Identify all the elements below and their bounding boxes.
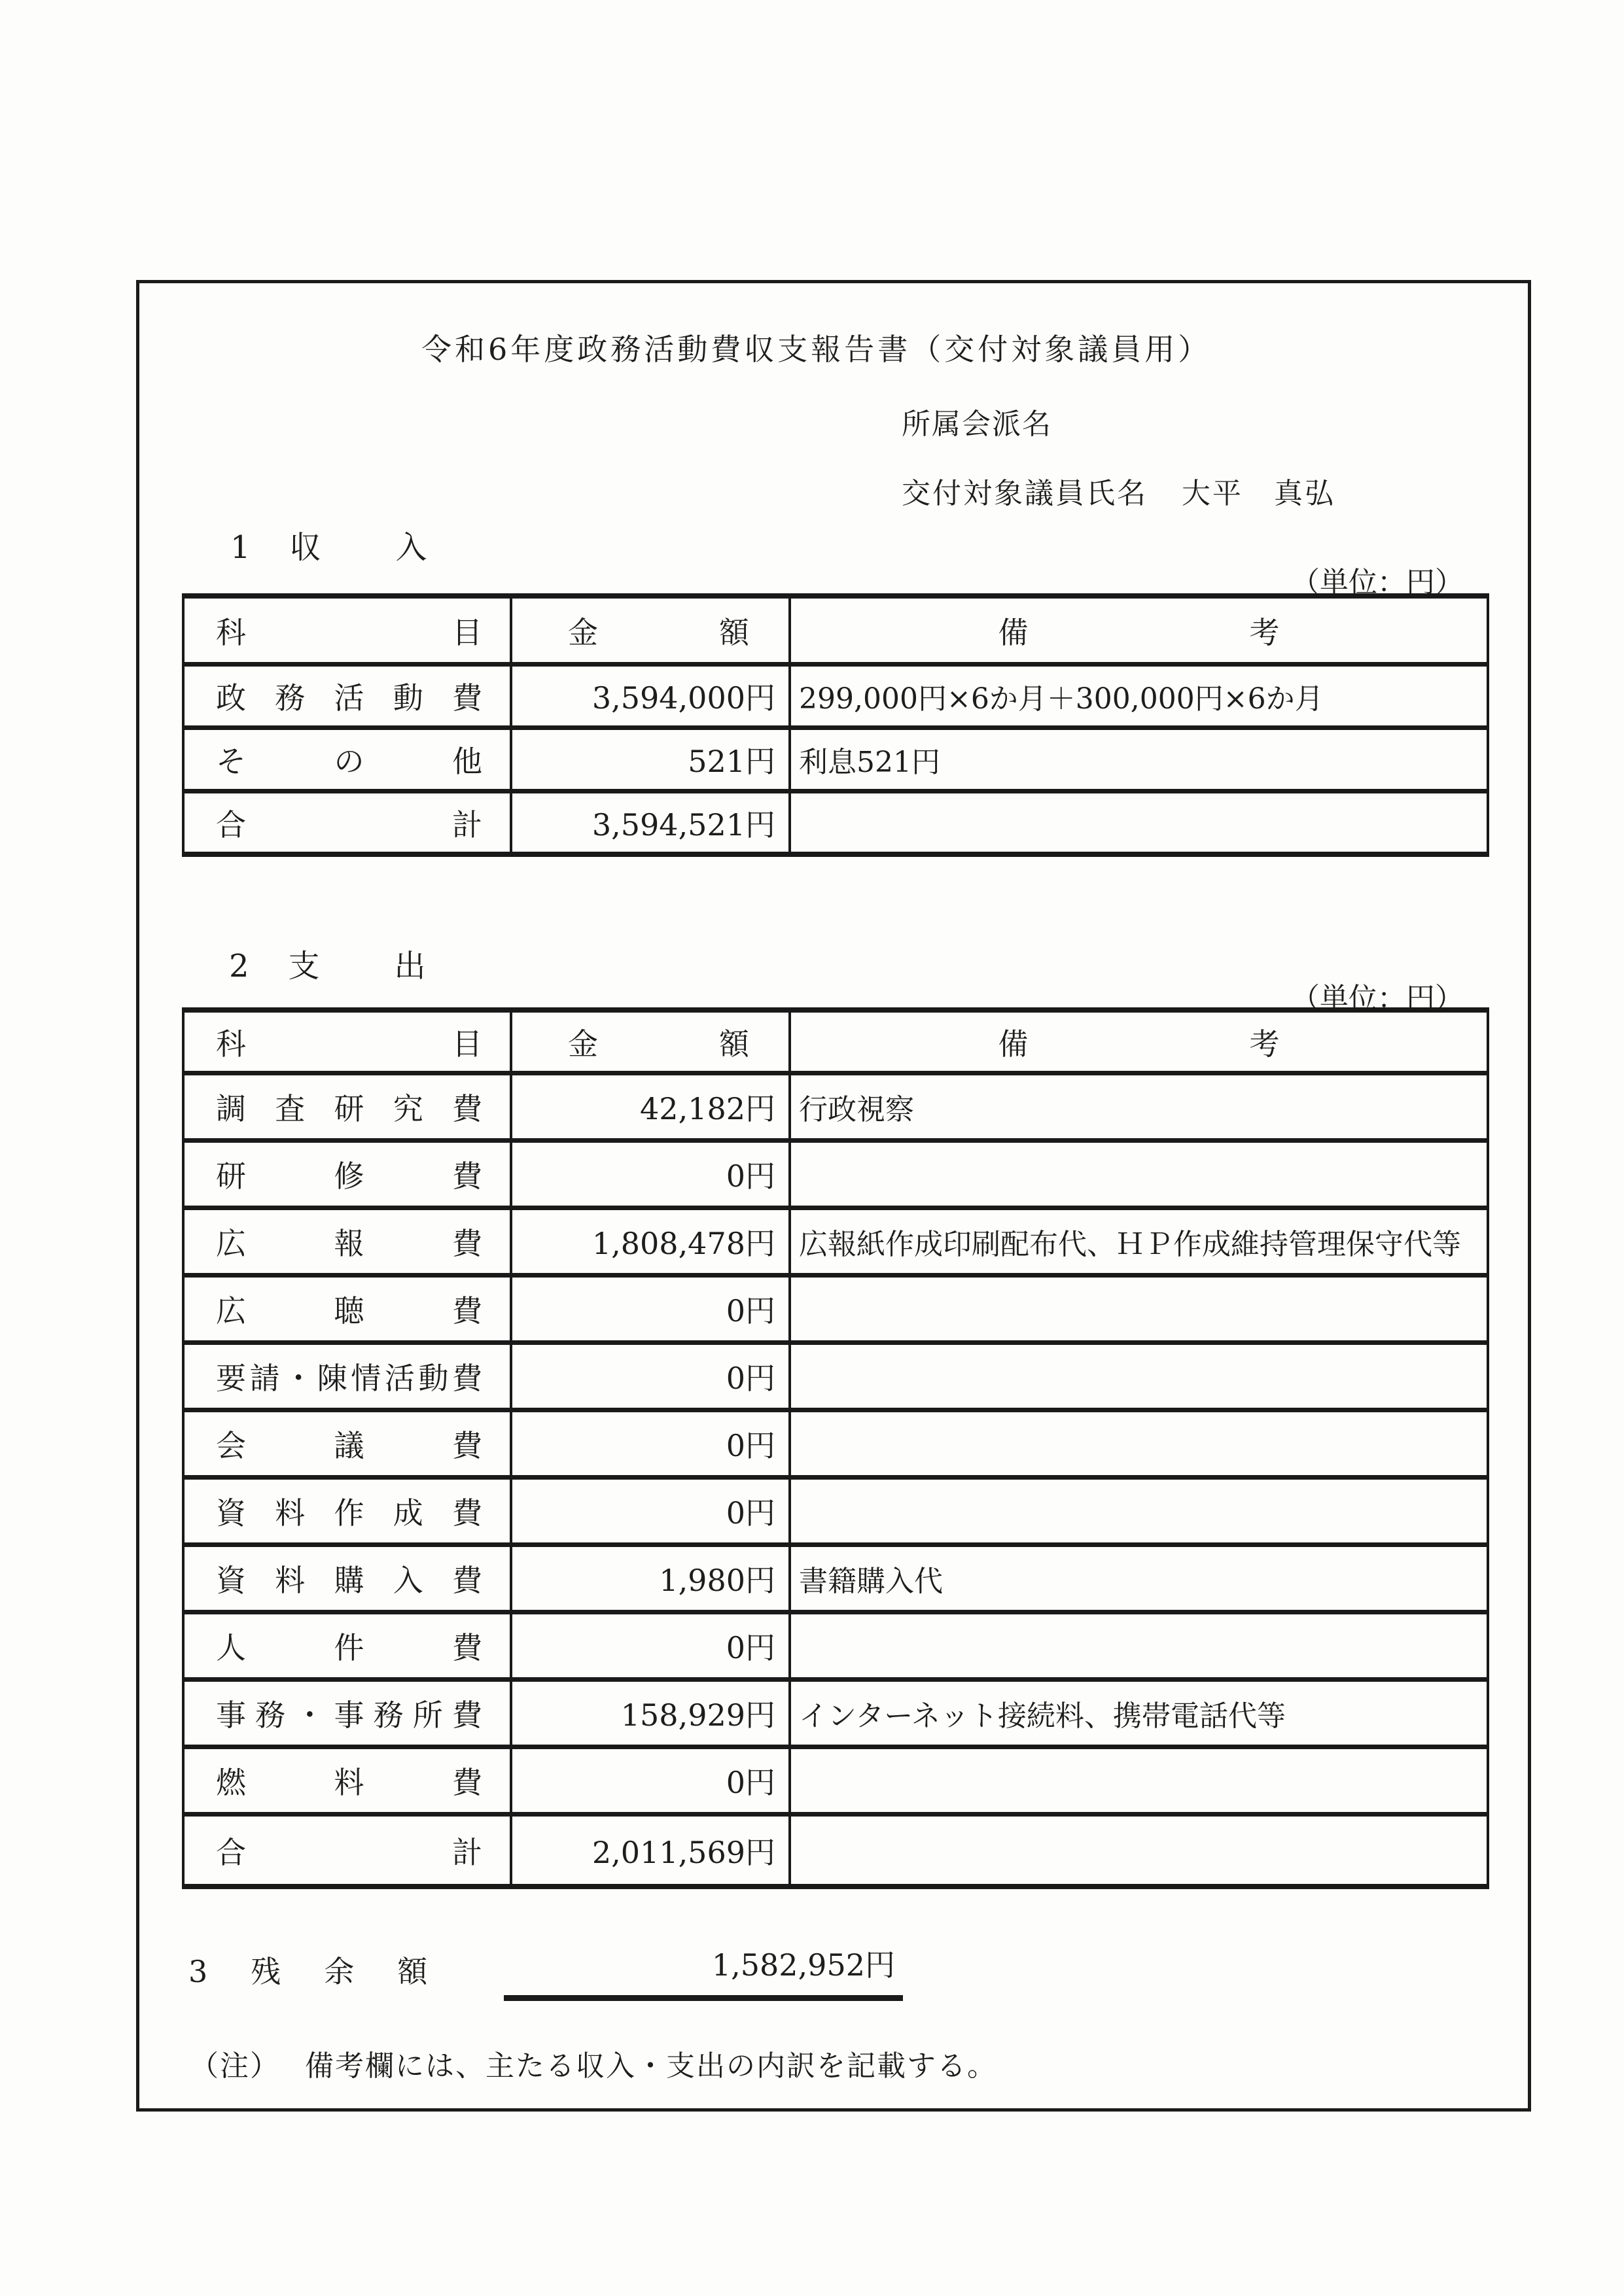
remark-cell: インターネット接続料、携帯電話代等 — [791, 1682, 1487, 1745]
amount-cell: 0円 — [512, 1480, 791, 1542]
income-header-remark: 備考 — [791, 599, 1487, 662]
category-cell: 合計 — [185, 793, 512, 852]
remark-cell — [791, 1817, 1487, 1884]
expense-total-row: 合計 2,011,569円 — [185, 1817, 1487, 1884]
amount-cell: 3,594,521円 — [512, 793, 791, 852]
income-header-category: 科目 — [185, 599, 512, 662]
expense-row: 要請・陳情活動費 0円 — [185, 1345, 1487, 1412]
expense-row: 調査研究費 42,182円 行政視察 — [185, 1075, 1487, 1143]
category-label: 政務活動費 — [216, 674, 482, 718]
remark-cell: 利息521円 — [791, 730, 1487, 789]
remark-cell — [791, 1143, 1487, 1206]
income-header-category-label: 科目 — [216, 609, 482, 652]
category-label: 会議費 — [216, 1422, 482, 1465]
remark-cell: 299,000円×6か月＋300,000円×6か月 — [791, 667, 1487, 725]
expense-row: 研修費 0円 — [185, 1143, 1487, 1210]
expense-row: 資料購入費 1,980円 書籍購入代 — [185, 1547, 1487, 1614]
expense-header-row: 科目 金額 備考 — [185, 1013, 1487, 1075]
expense-table: 科目 金額 備考 調査研究費 42,182円 行政視察 研修費 0円 広報費 1… — [182, 1007, 1489, 1889]
footnote: （注）備考欄には、主たる収入・支出の内訳を記載する。 — [190, 2042, 997, 2084]
faction-name-label: 所属会派名 — [902, 400, 1052, 442]
income-row: 政務活動費 3,594,000円 299,000円×6か月＋300,000円×6… — [185, 667, 1487, 730]
expense-row: 事務・事務所費 158,929円 インターネット接続料、携帯電話代等 — [185, 1682, 1487, 1749]
expense-row: 資料作成費 0円 — [185, 1480, 1487, 1547]
footnote-marker: （注） — [190, 2049, 280, 2083]
income-total-row: 合計 3,594,521円 — [185, 793, 1487, 852]
income-section-heading: 1 収 入 — [230, 522, 431, 567]
document-title: 令和6年度政務活動費収支報告書（交付対象議員用） — [421, 326, 1211, 369]
category-cell: 広報費 — [185, 1210, 512, 1273]
footnote-text: 備考欄には、主たる収入・支出の内訳を記載する。 — [305, 2049, 997, 2083]
category-cell: 要請・陳情活動費 — [185, 1345, 512, 1408]
remark-cell — [791, 1749, 1487, 1812]
income-table: 科目 金額 備考 政務活動費 3,594,000円 299,000円×6か月＋3… — [182, 593, 1489, 857]
amount-cell: 0円 — [512, 1749, 791, 1812]
category-cell: 調査研究費 — [185, 1075, 512, 1138]
expense-header-category: 科目 — [185, 1013, 512, 1071]
expense-row: 広聴費 0円 — [185, 1278, 1487, 1345]
member-name-label: 交付対象議員氏名 — [902, 477, 1148, 510]
remark-cell — [791, 793, 1487, 852]
category-cell: 政務活動費 — [185, 667, 512, 725]
amount-cell: 1,980円 — [512, 1547, 791, 1610]
amount-cell: 0円 — [512, 1143, 791, 1206]
member-name-value: 大平 真弘 — [1182, 477, 1335, 510]
category-cell: 資料作成費 — [185, 1480, 512, 1542]
category-label: 要請・陳情活動費 — [216, 1355, 482, 1398]
category-cell: その他 — [185, 730, 512, 789]
balance-amount: 1,582,952円 — [504, 1941, 903, 2001]
expense-row: 燃料費 0円 — [185, 1749, 1487, 1817]
amount-cell: 158,929円 — [512, 1682, 791, 1745]
category-cell: 会議費 — [185, 1412, 512, 1475]
category-cell: 事務・事務所費 — [185, 1682, 512, 1745]
amount-cell: 0円 — [512, 1614, 791, 1677]
category-cell: 合計 — [185, 1817, 512, 1884]
category-label: 合計 — [216, 1829, 482, 1872]
amount-cell: 1,808,478円 — [512, 1210, 791, 1273]
category-label: 広聴費 — [216, 1287, 482, 1331]
remark-cell: 広報紙作成印刷配布代、ＨＰ作成維持管理保守代等 — [791, 1210, 1487, 1273]
category-label: 燃料費 — [216, 1759, 482, 1802]
income-row: その他 521円 利息521円 — [185, 730, 1487, 793]
remark-cell — [791, 1412, 1487, 1475]
category-label: 資料購入費 — [216, 1557, 482, 1600]
category-label: 広報費 — [216, 1220, 482, 1263]
expense-header-amount: 金額 — [512, 1013, 791, 1071]
category-label: 合計 — [216, 801, 482, 844]
category-cell: 広聴費 — [185, 1278, 512, 1340]
remark-cell — [791, 1614, 1487, 1677]
category-label: その他 — [216, 738, 482, 781]
amount-cell: 42,182円 — [512, 1075, 791, 1138]
category-cell: 研修費 — [185, 1143, 512, 1206]
amount-cell: 0円 — [512, 1345, 791, 1408]
income-header-row: 科目 金額 備考 — [185, 599, 1487, 667]
amount-cell: 0円 — [512, 1278, 791, 1340]
expense-header-amount-label: 金額 — [512, 1020, 788, 1064]
balance-section-heading: 3 残 余 額 — [188, 1948, 434, 1991]
category-label: 調査研究費 — [216, 1085, 482, 1128]
remark-cell — [791, 1480, 1487, 1542]
expense-header-remark: 備考 — [791, 1013, 1487, 1071]
category-cell: 資料購入費 — [185, 1547, 512, 1610]
remark-cell: 行政視察 — [791, 1075, 1487, 1138]
expense-row: 人件費 0円 — [185, 1614, 1487, 1682]
income-header-amount: 金額 — [512, 599, 791, 662]
expense-section-heading: 2 支 出 — [229, 941, 430, 986]
amount-cell: 2,011,569円 — [512, 1817, 791, 1884]
category-cell: 燃料費 — [185, 1749, 512, 1812]
expense-row: 広報費 1,808,478円 広報紙作成印刷配布代、ＨＰ作成維持管理保守代等 — [185, 1210, 1487, 1278]
expense-header-category-label: 科目 — [216, 1020, 482, 1064]
remark-cell — [791, 1345, 1487, 1408]
remark-cell — [791, 1278, 1487, 1340]
amount-cell: 0円 — [512, 1412, 791, 1475]
income-header-remark-label: 備考 — [998, 609, 1280, 652]
income-header-amount-label: 金額 — [512, 609, 788, 652]
amount-cell: 3,594,000円 — [512, 667, 791, 725]
category-label: 資料作成費 — [216, 1489, 482, 1533]
amount-cell: 521円 — [512, 730, 791, 789]
expense-header-remark-label: 備考 — [998, 1020, 1280, 1064]
member-name-line: 交付対象議員氏名大平 真弘 — [902, 470, 1335, 512]
category-cell: 人件費 — [185, 1614, 512, 1677]
category-label: 研修費 — [216, 1153, 482, 1196]
category-label: 人件費 — [216, 1624, 482, 1667]
category-label: 事務・事務所費 — [216, 1692, 482, 1735]
scanned-report-page: 令和6年度政務活動費収支報告書（交付対象議員用） 所属会派名 交付対象議員氏名大… — [0, 0, 1624, 2296]
expense-row: 会議費 0円 — [185, 1412, 1487, 1480]
remark-cell: 書籍購入代 — [791, 1547, 1487, 1610]
